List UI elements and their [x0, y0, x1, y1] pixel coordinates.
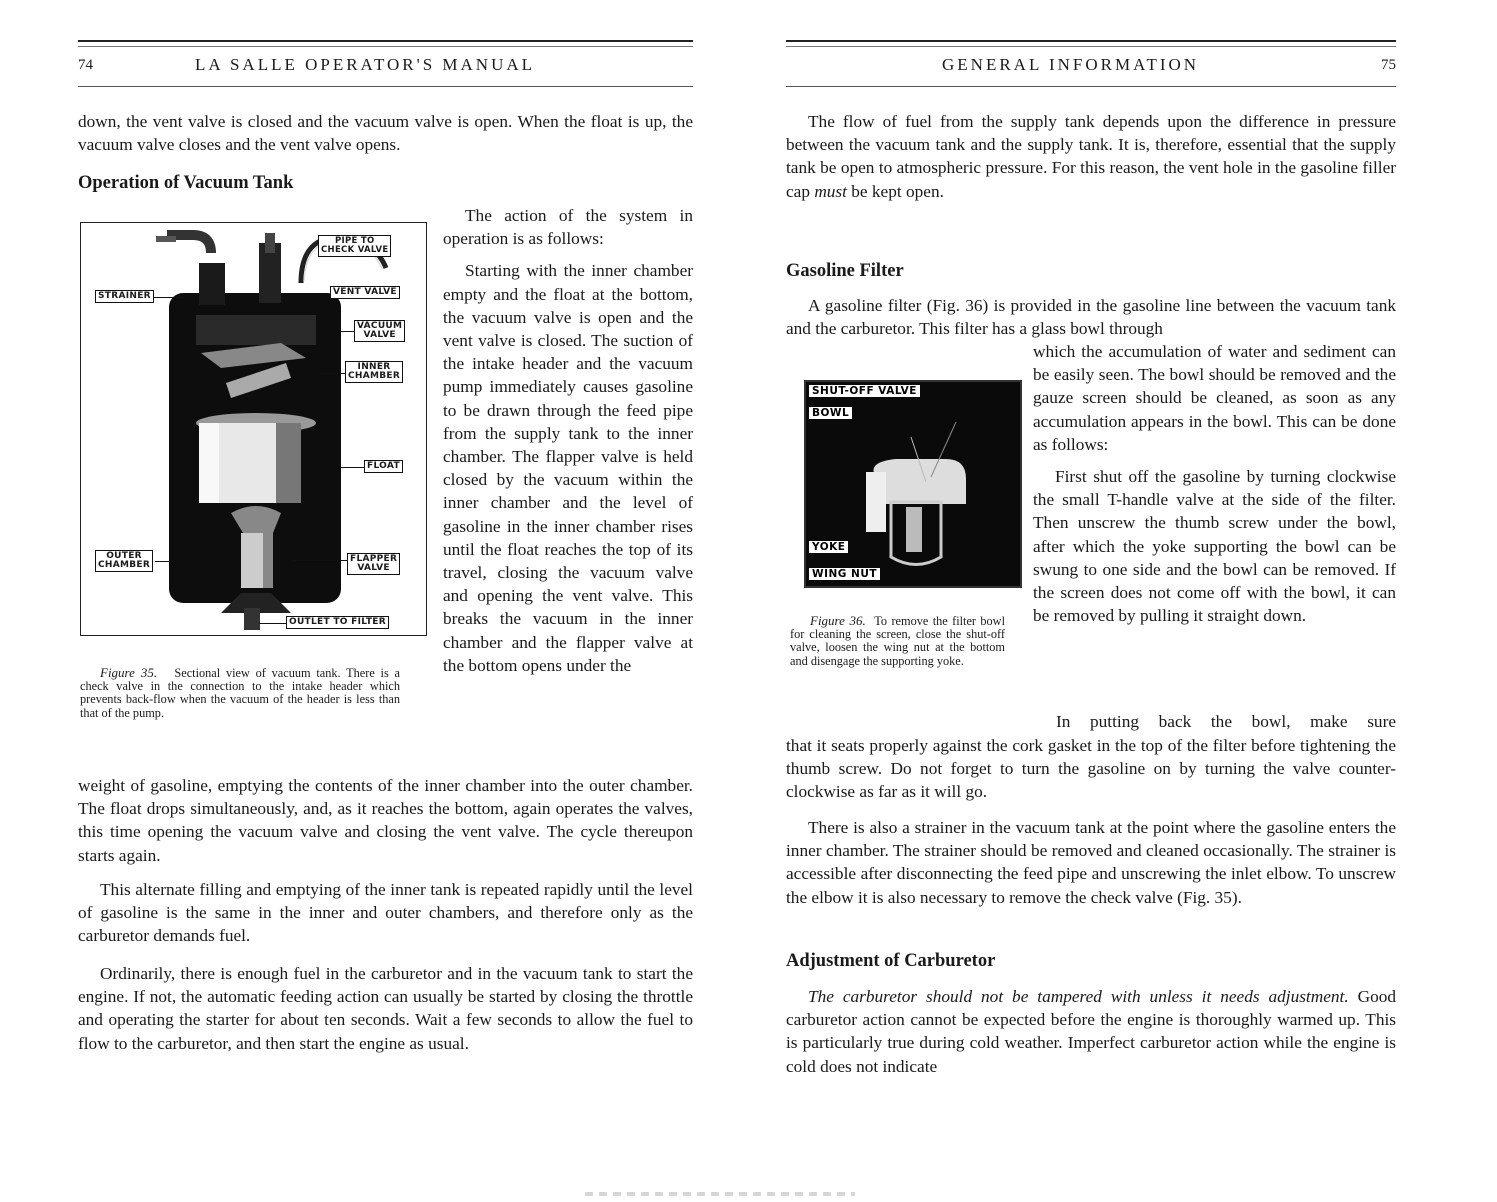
running-header: 74 LA SALLE OPERATOR'S MANUAL: [78, 55, 693, 77]
leader-line: [259, 623, 286, 624]
label-vent-valve: VENT VALVE: [330, 286, 400, 299]
label-inner-chamber: INNER CHAMBER: [345, 361, 403, 383]
leader-line: [339, 331, 354, 332]
leader-line: [153, 297, 183, 298]
running-head-title: LA SALLE OPERATOR'S MANUAL: [195, 55, 535, 75]
continued-paragraph: weight of gasoline, emptying the content…: [78, 774, 693, 867]
paragraph-fuel-flow: The flow of fuel from the supply tank de…: [786, 110, 1396, 203]
section-heading: Operation of Vacuum Tank: [78, 173, 693, 194]
scan-artifact: [585, 1192, 855, 1196]
label-vacuum-valve: VACUUM VALVE: [354, 320, 405, 342]
page-number: 75: [1381, 57, 1396, 74]
leader-line: [293, 560, 347, 561]
label-yoke: YOKE: [809, 541, 848, 553]
putting-back-paragraph: that it seats properly against the cork …: [786, 734, 1396, 804]
label-shut-off-valve: SHUT-OFF VALVE: [809, 385, 920, 397]
leader-line: [155, 561, 171, 562]
header-rule-bottom: [786, 86, 1396, 87]
label-float: FLOAT: [364, 460, 403, 473]
putting-back-lead: In putting back the bowl, make sure: [1056, 710, 1396, 733]
label-strainer: STRAINER: [95, 290, 154, 303]
leader-line: [339, 467, 364, 468]
paragraph-strainer: There is also a strainer in the vacuum t…: [786, 816, 1396, 909]
label-flapper-valve: FLAPPER VALVE: [347, 553, 400, 575]
header-rule-thin: [78, 46, 693, 47]
heading-adjustment-carburetor: Adjustment of Carburetor: [786, 951, 1396, 972]
paragraph-alternate: This alternate filling and emptying of t…: [78, 878, 693, 948]
running-header: GENERAL INFORMATION 75: [786, 55, 1396, 77]
header-rule-bottom: [78, 86, 693, 87]
figure-35: PIPE TO CHECK VALVE STRAINER VENT VALVE …: [80, 222, 427, 636]
running-head-title: GENERAL INFORMATION: [942, 55, 1199, 75]
header-rule: [78, 40, 693, 42]
header-rule: [786, 40, 1396, 42]
figure-35-caption: Figure 35. Sectional view of vacuum tank…: [80, 666, 400, 720]
figure-36-caption: Figure 36. To remove the filter bowl for…: [790, 614, 1005, 668]
label-wing-nut: WING NUT: [809, 568, 880, 580]
filter-side-text: which the accumulation of water and sedi…: [1033, 340, 1396, 627]
header-rule-thin: [786, 46, 1396, 47]
figure-36: SHUT-OFF VALVE BOWL YOKE WING NUT: [804, 380, 1022, 588]
heading-gasoline-filter: Gasoline Filter: [786, 261, 1396, 282]
label-bowl: BOWL: [809, 407, 852, 419]
label-pipe-to-check-valve: PIPE TO CHECK VALVE: [318, 235, 391, 257]
opening-paragraph: down, the vent valve is closed and the v…: [78, 110, 693, 156]
page-number: 74: [78, 57, 93, 74]
paragraph-ordinarily: Ordinarily, there is enough fuel in the …: [78, 962, 693, 1055]
label-outlet-to-filter: OUTLET TO FILTER: [286, 616, 389, 629]
filter-intro: A gasoline filter (Fig. 36) is provided …: [786, 294, 1396, 340]
side-column-text: The action of the system in operation is…: [443, 204, 693, 677]
label-outer-chamber: OUTER CHAMBER: [95, 550, 153, 572]
paragraph-carburetor: The carburetor should not be tampered wi…: [786, 985, 1396, 1078]
leader-line: [321, 373, 345, 374]
